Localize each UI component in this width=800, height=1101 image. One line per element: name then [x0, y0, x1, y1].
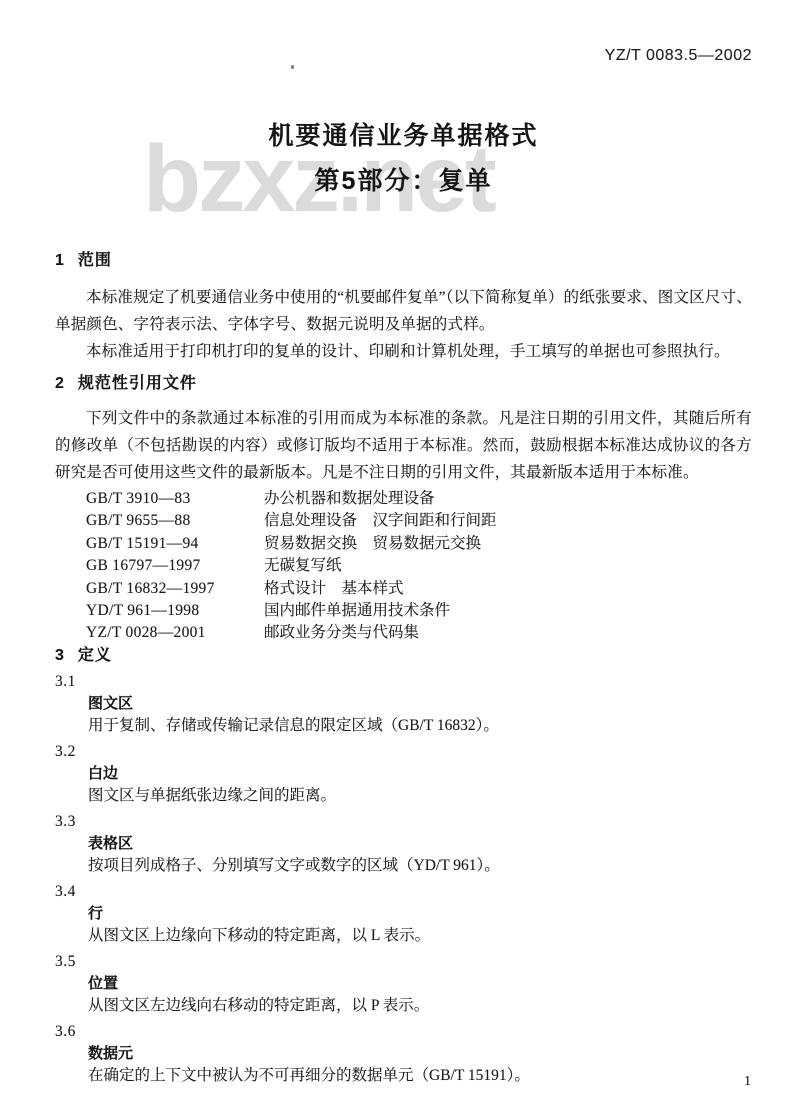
reference-row: GB/T 9655—88信息处理设备 汉字间距和行间距: [86, 510, 752, 532]
definition-number: 3.3: [55, 811, 752, 833]
reference-code: YD/T 961—1998: [86, 600, 264, 622]
reference-title: 国内邮件单据通用技术条件: [264, 602, 450, 619]
reference-code: GB/T 16832—1997: [86, 578, 264, 600]
definition-number: 3.6: [55, 1021, 752, 1043]
definition-text: 按项目列成格子、分别填写文字或数字的区域（YD/T 961）。: [55, 855, 752, 877]
section-1-paragraph: 本标准适用于打印机打印的复单的设计、印刷和计算机处理，手工填写的单据也可参照执行…: [55, 338, 752, 365]
reference-title: 邮政业务分类与代码集: [264, 624, 419, 641]
definition-block: 3.3 表格区 按项目列成格子、分别填写文字或数字的区域（YD/T 961）。: [55, 811, 752, 877]
definition-text: 在确定的上下文中被认为不可再细分的数据单元（GB/T 15191）。: [55, 1065, 752, 1087]
definition-term: 行: [55, 903, 752, 925]
definition-number: 3.4: [55, 881, 752, 903]
definition-text: 从图文区左边线向右移动的特定距离，以 P 表示。: [55, 995, 752, 1017]
section-3-number: 3: [55, 645, 65, 667]
reference-code: GB 16797—1997: [86, 555, 264, 577]
definition-term: 白边: [55, 763, 752, 785]
section-1-paragraph: 本标准规定了机要通信业务中使用的“机要邮件复单”（以下简称复单）的纸张要求、图文…: [55, 284, 752, 338]
reference-code: GB/T 9655—88: [86, 510, 264, 532]
definition-block: 3.2 白边 图文区与单据纸张边缘之间的距离。: [55, 741, 752, 807]
definition-text: 从图文区上边缘向下移动的特定距离，以 L 表示。: [55, 925, 752, 947]
reference-title: 格式设计 基本样式: [264, 580, 404, 597]
reference-row: GB/T 3910—83办公机器和数据处理设备: [86, 488, 752, 510]
definition-block: 3.4 行 从图文区上边缘向下移动的特定距离，以 L 表示。: [55, 881, 752, 947]
definition-number: 3.2: [55, 741, 752, 763]
standard-code: YZ/T 0083.5—2002: [55, 0, 752, 65]
scan-speck-artifact: [291, 65, 294, 69]
definition-number: 3.1: [55, 671, 752, 693]
reference-list: GB/T 3910—83办公机器和数据处理设备 GB/T 9655—88信息处理…: [55, 488, 752, 645]
reference-row: YZ/T 0028—2001邮政业务分类与代码集: [86, 622, 752, 644]
definition-term: 图文区: [55, 693, 752, 715]
page-number: 1: [744, 1074, 751, 1090]
reference-title: 无碳复写纸: [264, 557, 342, 574]
section-1-number: 1: [55, 250, 65, 272]
reference-title: 信息处理设备 汉字间距和行间距: [264, 512, 497, 529]
section-3-heading: 3定义: [55, 645, 752, 667]
section-2-paragraph: 下列文件中的条款通过本标准的引用而成为本标准的条款。凡是注日期的引用文件，其随后…: [55, 405, 752, 486]
section-3-title: 定义: [78, 647, 112, 664]
document-subtitle: 第5部分：复单: [55, 165, 752, 197]
reference-code: GB/T 15191—94: [86, 533, 264, 555]
definition-text: 图文区与单据纸张边缘之间的距离。: [55, 785, 752, 807]
reference-row: GB 16797—1997无碳复写纸: [86, 555, 752, 577]
title-block: bzxz.net 机要通信业务单据格式 第5部分：复单: [55, 120, 752, 210]
definition-number: 3.5: [55, 951, 752, 973]
definition-block: 3.5 位置 从图文区左边线向右移动的特定距离，以 P 表示。: [55, 951, 752, 1017]
reference-row: GB/T 15191—94贸易数据交换 贸易数据元交换: [86, 533, 752, 555]
definition-term: 位置: [55, 973, 752, 995]
section-2-number: 2: [55, 373, 65, 395]
section-1-heading: 1范围: [55, 250, 752, 272]
reference-row: YD/T 961—1998国内邮件单据通用技术条件: [86, 600, 752, 622]
reference-title: 贸易数据交换 贸易数据元交换: [264, 535, 481, 552]
reference-code: GB/T 3910—83: [86, 488, 264, 510]
document-title: 机要通信业务单据格式: [55, 120, 752, 152]
scanned-document-page: YZ/T 0083.5—2002 bzxz.net 机要通信业务单据格式 第5部…: [0, 0, 800, 1101]
definition-block: 3.6 数据元 在确定的上下文中被认为不可再细分的数据单元（GB/T 15191…: [55, 1021, 752, 1087]
definition-term: 表格区: [55, 833, 752, 855]
reference-code: YZ/T 0028—2001: [86, 622, 264, 644]
section-2-title: 规范性引用文件: [78, 375, 197, 392]
definition-term: 数据元: [55, 1043, 752, 1065]
reference-title: 办公机器和数据处理设备: [264, 490, 435, 507]
definition-block: 3.1 图文区 用于复制、存储或传输记录信息的限定区域（GB/T 16832）。: [55, 671, 752, 737]
reference-row: GB/T 16832—1997格式设计 基本样式: [86, 578, 752, 600]
definition-text: 用于复制、存储或传输记录信息的限定区域（GB/T 16832）。: [55, 715, 752, 737]
section-1-title: 范围: [78, 252, 112, 269]
section-2-heading: 2规范性引用文件: [55, 373, 752, 395]
